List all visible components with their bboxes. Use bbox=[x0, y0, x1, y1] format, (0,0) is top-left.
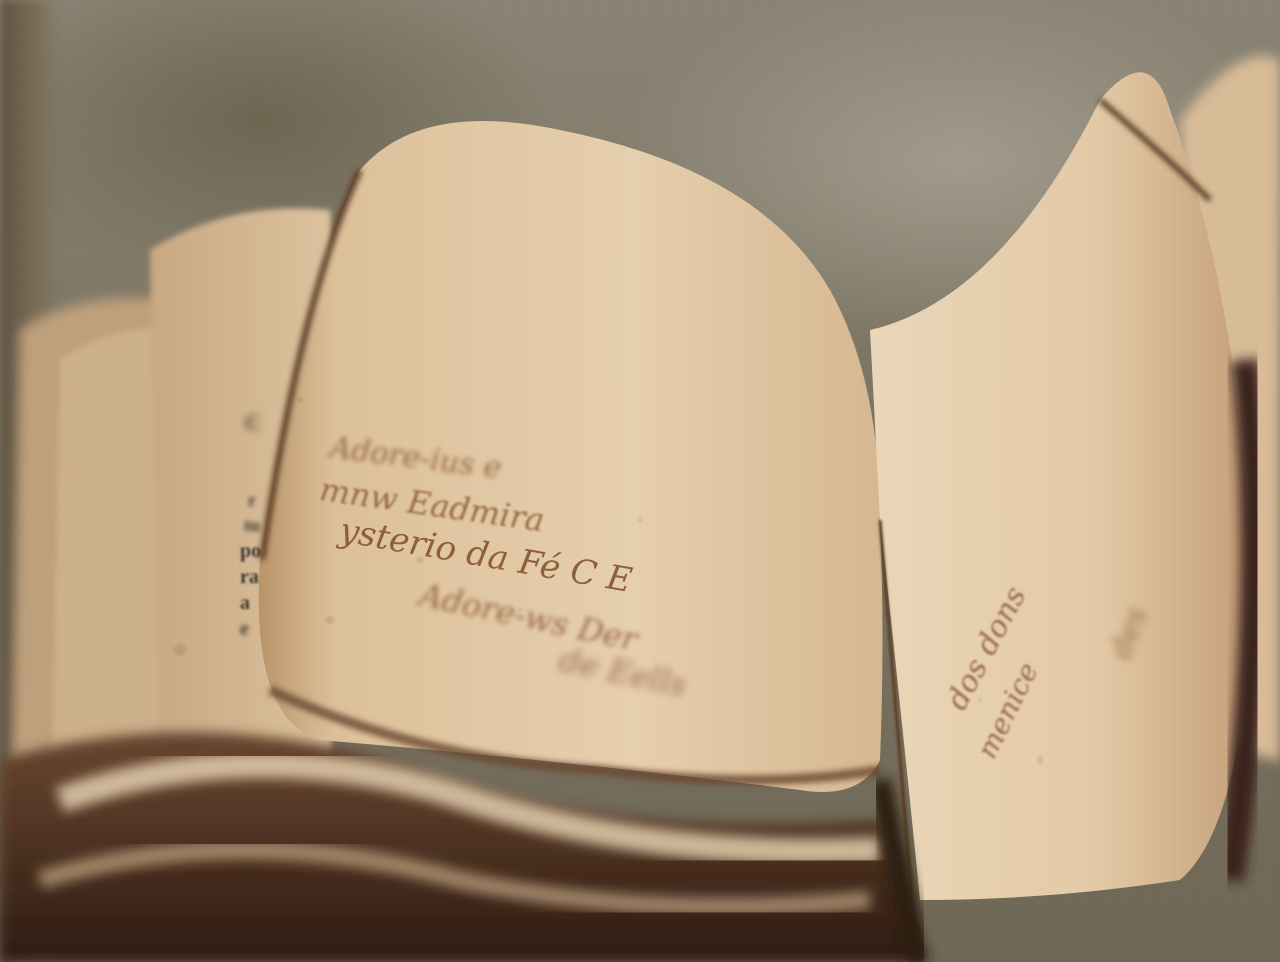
photo-scene: Adore-ius e mnw Eadmira ysterio da Fé C … bbox=[0, 0, 1280, 962]
printed-letter-1: C bbox=[245, 410, 261, 436]
printed-letter-7: e bbox=[240, 618, 249, 641]
book-illustration bbox=[0, 0, 1280, 962]
printed-letter-5: ra bbox=[240, 566, 259, 589]
printed-letter-4: po bbox=[240, 540, 261, 563]
printed-letter-3: tu bbox=[244, 515, 260, 536]
printed-letter-2: r bbox=[248, 490, 256, 511]
printed-letter-6: a bbox=[240, 592, 250, 615]
